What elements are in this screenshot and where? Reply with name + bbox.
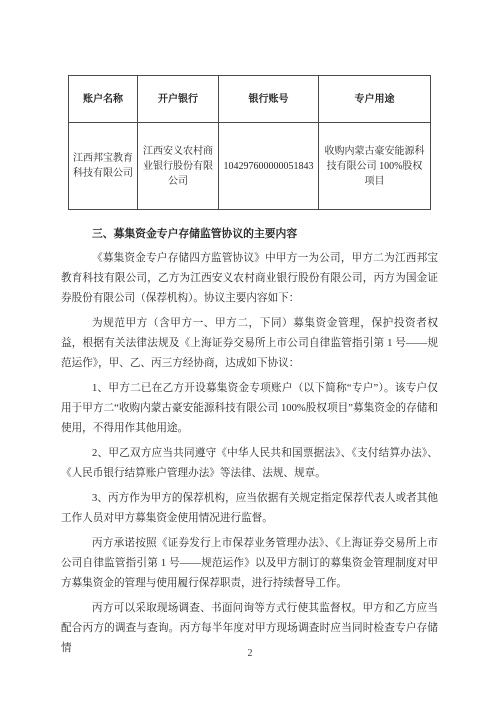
fund-account-table: 账户名称 开户银行 银行账号 专户用途 江西邦宝教育科技有限公司 江西安义农村商… (68, 75, 431, 210)
paragraph-sponsor-commitment: 丙方承诺按照《证券发行上市保荐业务管理办法》、《上海证券交易所上市公司自律监管指… (61, 534, 438, 594)
cell-account-name: 江西邦宝教育科技有限公司 (69, 123, 138, 210)
paragraph-clause-1: 1、甲方二已在乙方开设募集资金专项账户（以下简称“专户”）。该专户仅用于甲方二“… (61, 379, 438, 439)
paragraph-purpose: 为规范甲方（含甲方一、甲方二，下同）募集资金管理，保护投资者权益，根据有关法律法… (61, 314, 438, 374)
paragraph-agreement-parties: 《募集资金专户存储四方监管协议》中甲方一为公司，甲方二为江西邦宝教育科技有限公司… (61, 249, 438, 309)
cell-purpose: 收购内蒙古豪安能源科技有限公司 100%股权项目 (319, 123, 431, 210)
page-number: 2 (0, 648, 500, 659)
table-header-purpose: 专户用途 (319, 76, 431, 123)
cell-account-number: 104297600000051843 (219, 123, 319, 210)
paragraph-clause-2: 2、甲乙双方应当共同遵守《中华人民共和国票据法》、《支付结算办法》、《人民币银行… (61, 444, 438, 484)
cell-bank: 江西安义农村商业银行股份有限公司 (138, 123, 219, 210)
document-page: 账户名称 开户银行 银行账号 专户用途 江西邦宝教育科技有限公司 江西安义农村商… (0, 0, 500, 707)
paragraph-clause-3: 3、丙方作为甲方的保荐机构，应当依据有关规定指定保荐代表人或者其他工作人员对甲方… (61, 489, 438, 529)
table-header-row: 账户名称 开户银行 银行账号 专户用途 (69, 76, 431, 123)
table-row: 江西邦宝教育科技有限公司 江西安义农村商业银行股份有限公司 1042976000… (69, 123, 431, 210)
section-heading: 三、募集资金专户存储监管协议的主要内容 (61, 224, 438, 244)
page-content: 账户名称 开户银行 银行账号 专户用途 江西邦宝教育科技有限公司 江西安义农村商… (61, 0, 438, 659)
table-header-account-number: 银行账号 (219, 76, 319, 123)
table-header-bank: 开户银行 (138, 76, 219, 123)
table-header-account-name: 账户名称 (69, 76, 138, 123)
